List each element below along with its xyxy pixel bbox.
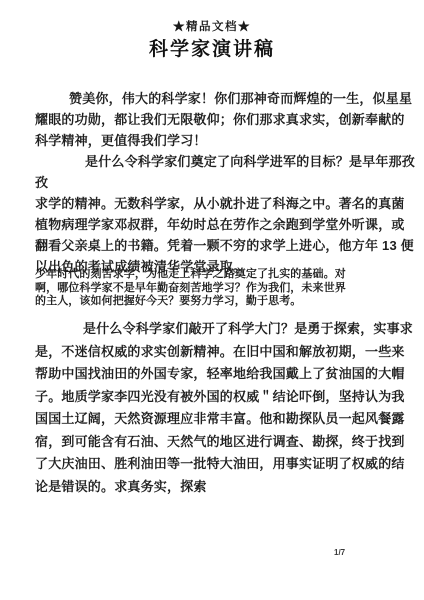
- premium-doc-banner: ★精品文档★: [0, 20, 424, 34]
- paragraph-youth-study: 少年时代的刻苦求学，为他走上科学之路奠定了扎实的基础。对 啊，哪位科学家不是早年…: [35, 268, 421, 309]
- page-number: 1/7: [334, 548, 345, 558]
- document-title: 科学家演讲稿: [0, 39, 424, 61]
- document-page: ★精品文档★ 科学家演讲稿 赞美你，伟大的科学家！你们那神奇而辉煌的一生，似星星…: [0, 0, 424, 600]
- paragraph-exploration: 是什么令科学家们敲开了科学大门？是勇于探索，实事求 是，不迷信权威的求实创新精神…: [35, 318, 421, 498]
- paragraph-study-goal: 是什么令科学家们奠定了向科学进军的目标？是早年那孜孜 求学的精神。无数科学家，从…: [35, 151, 421, 277]
- paragraph-praise: 赞美你，伟大的科学家！你们那神奇而辉煌的一生，似星星 耀眼的功勋，都让我们无限敬…: [35, 88, 421, 151]
